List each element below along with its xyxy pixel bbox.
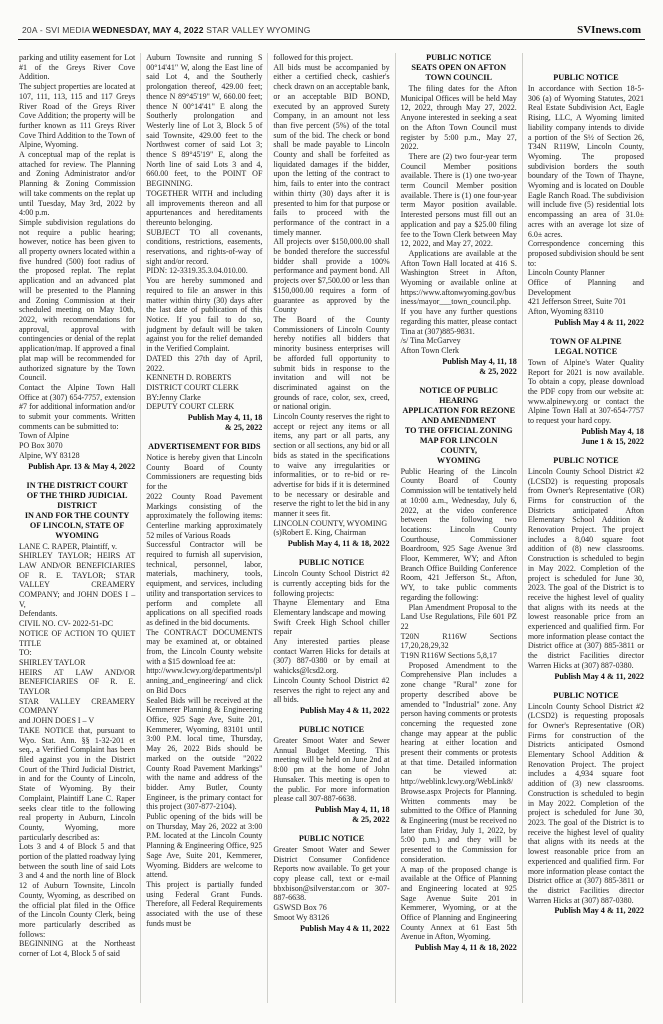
publish-line: Publish May 4, 11, 18 & 25, 2022 xyxy=(146,413,262,433)
publish-line: Publish May 4, 11, 18 & 25, 2022 xyxy=(273,805,389,825)
notice-paragraph: In accordance with Section 18-5-306 (a) … xyxy=(528,84,644,239)
notice-paragraph: parking and utility easement for Lot #1 … xyxy=(19,53,135,82)
notice-paragraph: NOTICE OF ACTION TO QUIET TITLE xyxy=(19,629,135,648)
notice-paragraph: DEPUTY COURT CLERK xyxy=(146,402,262,412)
notice-paragraph: Public opening of the bids will be on Th… xyxy=(146,812,262,880)
notice-paragraph: BEGINNING at the Northeast corner of Lot… xyxy=(19,939,135,958)
notice-heading: PUBLIC NOTICE xyxy=(528,456,644,466)
notice-paragraph: http://www.lcwy.org/departments/planning… xyxy=(146,666,262,695)
notice-paragraph: DISTRICT COURT CLERK xyxy=(146,383,262,393)
notice-paragraph: Correspondence concerning this proposed … xyxy=(528,239,644,268)
columns: parking and utility easement for Lot #1 … xyxy=(18,40,645,1003)
notice-column-2: Auburn Townsite and running S 00°14'41" … xyxy=(141,53,268,1003)
notice-gap xyxy=(273,549,389,558)
notice-paragraph: Town of Alpine xyxy=(19,431,135,441)
issue-date: WEDNESDAY, MAY 4, 2022 xyxy=(92,25,203,35)
notice-paragraph: Proposed Amendment to the Comprehensive … xyxy=(401,661,517,865)
notice-column-3: followed for this project.All bids must … xyxy=(268,53,395,1003)
masthead-left: 20A - SVI MEDIA WEDNESDAY, MAY 4, 2022 S… xyxy=(22,25,311,35)
notice-heading: TOWN OF ALPINE LEGAL NOTICE xyxy=(528,337,644,357)
notice-paragraph: The CONTRACT DOCUMENTS may be examined a… xyxy=(146,628,262,667)
notice-gap xyxy=(528,682,644,691)
notice-paragraph: Lincoln County School District #2 (LCSD2… xyxy=(528,702,644,906)
notice-gap xyxy=(528,447,644,456)
notice-paragraph: SHIRLEY TAYLOR; HEIRS AT LAW AND/OR BENE… xyxy=(19,551,135,609)
notice-paragraph: A conceptual map of the replat is attach… xyxy=(19,150,135,218)
notice-paragraph: Public Hearing of the Lincoln County Boa… xyxy=(401,467,517,603)
notice-heading: ADVERTISEMENT FOR BIDS xyxy=(146,442,262,452)
notice-paragraph: Lots 3 and 4 of Block 5 and that portion… xyxy=(19,842,135,939)
notice-paragraph: DATED this 27th day of April, 2022. xyxy=(146,354,262,373)
notice-paragraph: Lincoln County School District #2 (LCSD2… xyxy=(528,467,644,671)
notice-paragraph: PIDN: 12-3319.35.3.04.010.00. xyxy=(146,266,262,276)
notice-paragraph: TO: xyxy=(19,648,135,658)
notice-paragraph: (s)Robert E. King, Chairman xyxy=(273,528,389,538)
notice-column-4: PUBLIC NOTICE SEATS OPEN ON AFTON TOWN C… xyxy=(396,53,523,1003)
notice-paragraph: LINCOLN COUNTY, WYOMING xyxy=(273,519,389,529)
publish-line: Publish Apr. 13 & May 4, 2022 xyxy=(19,462,135,472)
notice-paragraph: Thayne Elementary and Etna Elementary la… xyxy=(273,598,389,617)
notice-paragraph: BY:Jenny Clarke xyxy=(146,393,262,403)
notice-paragraph: TAKE NOTICE that, pursuant to Wyo. Stat.… xyxy=(19,726,135,842)
notice-paragraph: Successful Contractor will be required t… xyxy=(146,540,262,627)
notice-paragraph: A map of the proposed change is availabl… xyxy=(401,865,517,943)
notice-heading: PUBLIC NOTICE xyxy=(273,834,389,844)
publish-line: Publish May 4 & 11, 2022 xyxy=(273,924,389,934)
notice-column-5: PUBLIC NOTICEIn accordance with Section … xyxy=(523,53,645,1003)
notice-paragraph: LANE C. RAPER, Plaintiff, v. xyxy=(19,542,135,552)
publish-line: Publish May 4 & 11, 2022 xyxy=(528,318,644,328)
notice-heading: PUBLIC NOTICE xyxy=(528,73,644,83)
page-label: 20A - SVI MEDIA xyxy=(22,25,90,35)
notice-paragraph: KENNETH D. ROBERTS xyxy=(146,373,262,383)
notice-paragraph: Defendants. xyxy=(19,609,135,619)
notice-gap xyxy=(146,433,262,442)
notice-gap xyxy=(19,472,135,481)
notice-paragraph: Greater Smoot Water and Sewer Annual Bud… xyxy=(273,736,389,804)
notice-paragraph: There are (2) two four-year term Council… xyxy=(401,152,517,249)
column-top-gap xyxy=(528,53,644,73)
notice-heading: PUBLIC NOTICE xyxy=(528,691,644,701)
notice-paragraph: followed for this project. xyxy=(273,53,389,63)
notice-paragraph: Alpine, WY 83128 xyxy=(19,451,135,461)
notice-paragraph: All projects over $150,000.00 shall be b… xyxy=(273,237,389,315)
notice-paragraph: CIVIL NO. CV- 2022-51-DC xyxy=(19,619,135,629)
notice-gap xyxy=(528,328,644,337)
notice-paragraph: Plan Amendment Proposal to the Land Use … xyxy=(401,603,517,632)
notice-paragraph: Applications are available at the Afton … xyxy=(401,249,517,336)
notice-paragraph: /s/ Tina McGarvey xyxy=(401,336,517,346)
publish-line: Publish May 4, 11 & 18, 2022 xyxy=(273,539,389,549)
notice-paragraph: Afton Town Clerk xyxy=(401,346,517,356)
notice-paragraph: and JOHN DOES I – V xyxy=(19,716,135,726)
masthead: 20A - SVI MEDIA WEDNESDAY, MAY 4, 2022 S… xyxy=(18,0,645,40)
notice-paragraph: Lincoln County Planner xyxy=(528,268,644,278)
notice-paragraph: SUBJECT TO all covenants, conditions, re… xyxy=(146,228,262,267)
notice-paragraph: Contact the Alpine Town Hall Office at (… xyxy=(19,383,135,432)
notice-heading: PUBLIC NOTICE xyxy=(273,558,389,568)
notice-paragraph: TOGETHER WITH and including all improvem… xyxy=(146,189,262,228)
notice-paragraph: PO Box 3070 xyxy=(19,441,135,451)
notice-gap xyxy=(273,825,389,834)
notice-paragraph: Afton, Wyoming 83110 xyxy=(528,307,644,317)
notice-paragraph: Simple subdivision regulations do not re… xyxy=(19,218,135,383)
notice-paragraph: SHIRLEY TAYLOR xyxy=(19,658,135,668)
notice-paragraph: Lincoln County School District #2 is cur… xyxy=(273,569,389,598)
notice-paragraph: T19N R116W Sections 5,8,17 xyxy=(401,651,517,661)
notice-paragraph: The subject properties are located at 10… xyxy=(19,82,135,150)
notice-paragraph: Notice is hereby given that Lincoln Coun… xyxy=(146,453,262,492)
notice-paragraph: You are hereby summoned and required to … xyxy=(146,276,262,354)
notice-paragraph: Auburn Townsite and running S 00°14'41" … xyxy=(146,53,262,189)
publish-line: Publish May 4, 11, 18 & 25, 2022 xyxy=(401,357,517,377)
notice-paragraph: Lincoln County School District #2 reserv… xyxy=(273,676,389,705)
notice-paragraph: HEIRS AT LAW AND/OR BENEFICIARIES OF R. … xyxy=(19,668,135,697)
notice-paragraph: GSWSD Box 76 xyxy=(273,903,389,913)
notice-paragraph: All bids must be accompanied by either a… xyxy=(273,63,389,238)
notice-heading: IN THE DISTRICT COURT OF THE THIRD JUDIC… xyxy=(19,481,135,541)
notice-paragraph: Smoot Wy 83126 xyxy=(273,913,389,923)
notice-paragraph: Office of Planning and Development xyxy=(528,278,644,297)
region-label: STAR VALLEY WYOMING xyxy=(206,25,310,35)
publish-line: Publish May 4 & 11, 2022 xyxy=(528,672,644,682)
notice-paragraph: The filing dates for the Afton Municipal… xyxy=(401,84,517,152)
publish-line: Publish May 4 & 11, 2022 xyxy=(273,706,389,716)
notice-paragraph: Lincoln County reserves the right to acc… xyxy=(273,412,389,519)
notice-paragraph: STAR VALLEY CREAMERY COMPANY xyxy=(19,697,135,716)
publish-line: Publish May 4 & 11, 2022 xyxy=(528,906,644,916)
notice-paragraph: Town of Alpine's Water Quality Report fo… xyxy=(528,358,644,426)
notice-paragraph: The Board of the County Commissioners of… xyxy=(273,315,389,412)
publish-line: Publish May 4, 18 June 1 & 15, 2022 xyxy=(528,427,644,447)
notice-gap xyxy=(401,377,517,386)
notice-heading: PUBLIC NOTICE SEATS OPEN ON AFTON TOWN C… xyxy=(401,53,517,83)
notice-paragraph: 2022 County Road Pavement Markings consi… xyxy=(146,492,262,541)
notice-paragraph: 421 Jefferson Street, Suite 701 xyxy=(528,297,644,307)
notice-column-1: parking and utility easement for Lot #1 … xyxy=(18,53,141,1003)
notice-paragraph: Any interested parties please contact Wa… xyxy=(273,637,389,676)
notice-paragraph: T20N R116W Sections 17,20,28,29,32 xyxy=(401,632,517,651)
notice-gap xyxy=(273,716,389,725)
notice-paragraph: Sealed Bids will be received at the Kemm… xyxy=(146,696,262,812)
notice-heading: NOTICE OF PUBLIC HEARING APPLICATION FOR… xyxy=(401,386,517,466)
notice-paragraph: Swift Creek High School chiller repair xyxy=(273,618,389,637)
notice-paragraph: Greater Smoot Water and Sewer District C… xyxy=(273,845,389,903)
site-link[interactable]: SVInews.com xyxy=(577,24,641,36)
publish-line: Publish May 4, 11 & 18, 2022 xyxy=(401,943,517,953)
notice-heading: PUBLIC NOTICE xyxy=(273,725,389,735)
notice-paragraph: This project is partially funded using F… xyxy=(146,880,262,929)
